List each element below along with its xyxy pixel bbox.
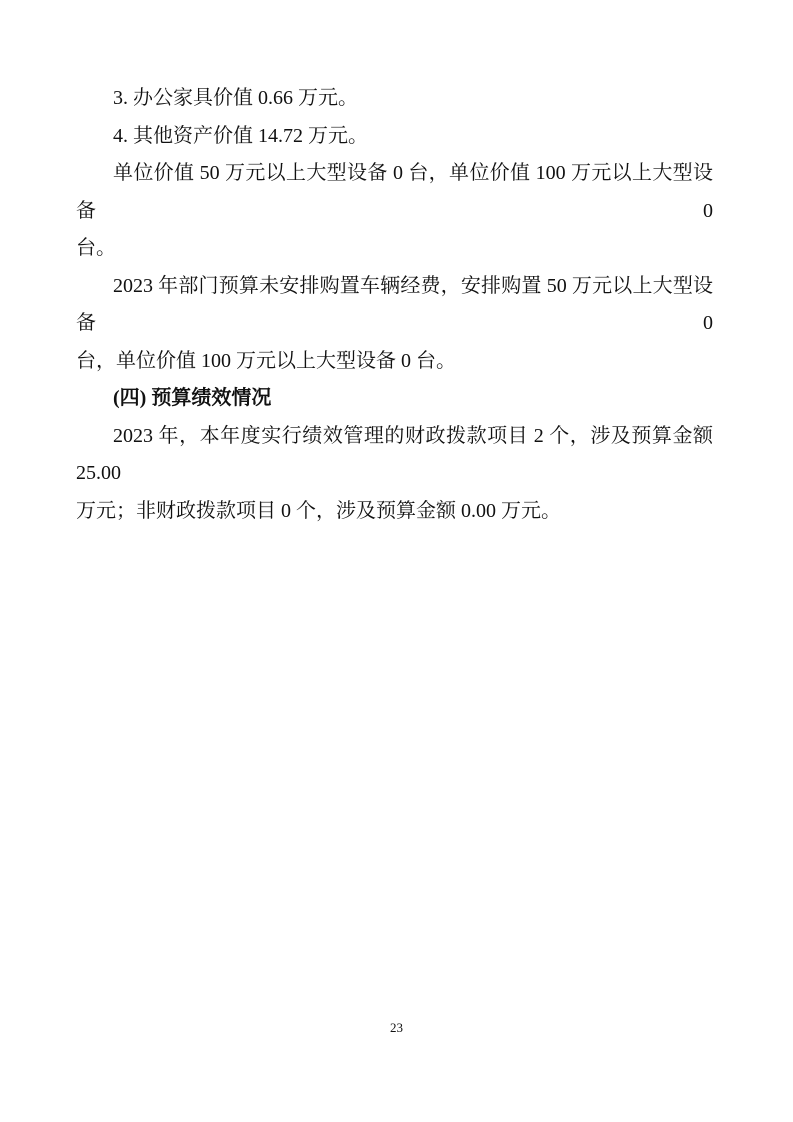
section-heading-budget-performance: (四) 预算绩效情况 xyxy=(76,380,713,418)
para-large-equipment-line-2: 台。 xyxy=(76,230,713,268)
document-body: 3. 办公家具价值 0.66 万元。 4. 其他资产价值 14.72 万元。 单… xyxy=(76,80,713,530)
para-performance-line-2: 万元；非财政拨款项目 0 个，涉及预算金额 0.00 万元。 xyxy=(76,493,713,531)
document-page: 3. 办公家具价值 0.66 万元。 4. 其他资产价值 14.72 万元。 单… xyxy=(0,0,793,1122)
list-item-3-office-furniture: 3. 办公家具价值 0.66 万元。 xyxy=(76,80,713,118)
para-vehicle-budget-line-1: 2023 年部门预算未安排购置车辆经费，安排购置 50 万元以上大型设备 0 xyxy=(76,268,713,343)
para-large-equipment-line-1: 单位价值 50 万元以上大型设备 0 台，单位价值 100 万元以上大型设备 0 xyxy=(76,155,713,230)
list-item-4-other-assets: 4. 其他资产价值 14.72 万元。 xyxy=(76,118,713,156)
para-performance-line-1: 2023 年，本年度实行绩效管理的财政拨款项目 2 个，涉及预算金额 25.00 xyxy=(76,418,713,493)
para-vehicle-budget-line-2: 台，单位价值 100 万元以上大型设备 0 台。 xyxy=(76,343,713,381)
page-number: 23 xyxy=(0,1020,793,1036)
